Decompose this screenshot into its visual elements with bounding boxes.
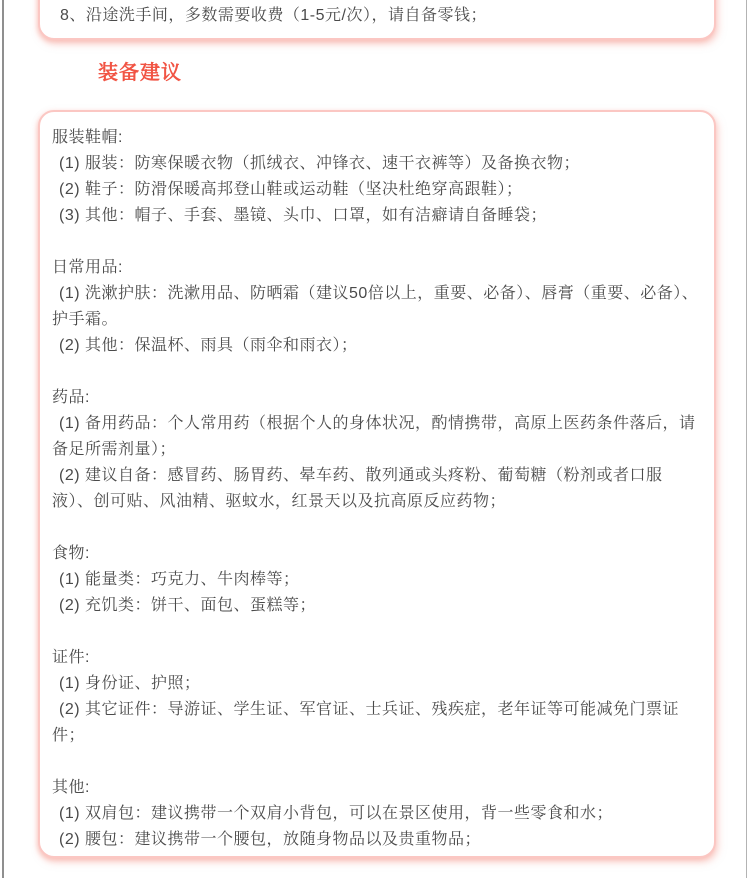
section-food: 食物: (1) 能量类：巧克力、牛肉棒等； (2) 充饥类：饼干、面包、蛋糕等； <box>52 541 700 619</box>
section-others: 其他: (1) 双肩包：建议携带一个双肩小背包，可以在景区使用，背一些零食和水；… <box>52 775 700 853</box>
equipment-item: (2) 其它证件：导游证、学生证、军官证、士兵证、残疾症，老年证等可能减免门票证… <box>52 697 700 749</box>
equipment-item: (1) 服装：防寒保暖衣物（抓绒衣、冲锋衣、速干衣裤等）及备换衣物； <box>52 151 700 177</box>
page-title: 装备建议 <box>98 56 182 85</box>
section-documents: 证件: (1) 身份证、护照； (2) 其它证件：导游证、学生证、军官证、士兵证… <box>52 645 700 749</box>
equipment-item: (1) 能量类：巧克力、牛肉棒等； <box>52 567 700 593</box>
section-title: 其他: <box>52 775 700 801</box>
equipment-card: 服装鞋帽: (1) 服装：防寒保暖衣物（抓绒衣、冲锋衣、速干衣裤等）及备换衣物；… <box>38 110 716 858</box>
equipment-item: (2) 腰包：建议携带一个腰包，放随身物品以及贵重物品； <box>52 827 700 853</box>
section-title: 服装鞋帽: <box>52 125 700 151</box>
equipment-item: (2) 其他：保温杯、雨具（雨伞和雨衣）； <box>52 333 700 359</box>
equipment-item: (1) 身份证、护照； <box>52 671 700 697</box>
equipment-item: (1) 洗漱护肤：洗漱用品、防晒霜（建议50倍以上，重要、必备）、唇膏（重要、必… <box>52 281 700 333</box>
equipment-item: (2) 建议自备：感冒药、肠胃药、晕车药、散列通或头疼粉、葡萄糖（粉剂或者口服液… <box>52 463 700 515</box>
equipment-item: (1) 双肩包：建议携带一个双肩小背包，可以在景区使用，背一些零食和水； <box>52 801 700 827</box>
section-clothing: 服装鞋帽: (1) 服装：防寒保暖衣物（抓绒衣、冲锋衣、速干衣裤等）及备换衣物；… <box>52 125 700 229</box>
section-title: 药品: <box>52 385 700 411</box>
section-title: 日常用品: <box>52 255 700 281</box>
equipment-item: (1) 备用药品：个人常用药（根据个人的身体状况，酌情携带，高原上医药条件落后，… <box>52 411 700 463</box>
equipment-item: (2) 充饥类：饼干、面包、蛋糕等； <box>52 593 700 619</box>
section-medicine: 药品: (1) 备用药品：个人常用药（根据个人的身体状况，酌情携带，高原上医药条… <box>52 385 700 515</box>
section-daily-supplies: 日常用品: (1) 洗漱护肤：洗漱用品、防晒霜（建议50倍以上，重要、必备）、唇… <box>52 255 700 359</box>
equipment-item: (2) 鞋子：防滑保暖高邦登山鞋或运动鞋（坚决杜绝穿高跟鞋）； <box>52 177 700 203</box>
section-title: 证件: <box>52 645 700 671</box>
page-left-border <box>2 0 4 878</box>
notice-text: 8、沿途洗手间，多数需要收费（1-5元/次），请自备零钱； <box>60 3 487 29</box>
page-right-border <box>746 0 747 878</box>
notice-card: 8、沿途洗手间，多数需要收费（1-5元/次），请自备零钱； <box>38 0 716 40</box>
equipment-item: (3) 其他：帽子、手套、墨镜、头巾、口罩，如有洁癖请自备睡袋； <box>52 203 700 229</box>
section-title: 食物: <box>52 541 700 567</box>
